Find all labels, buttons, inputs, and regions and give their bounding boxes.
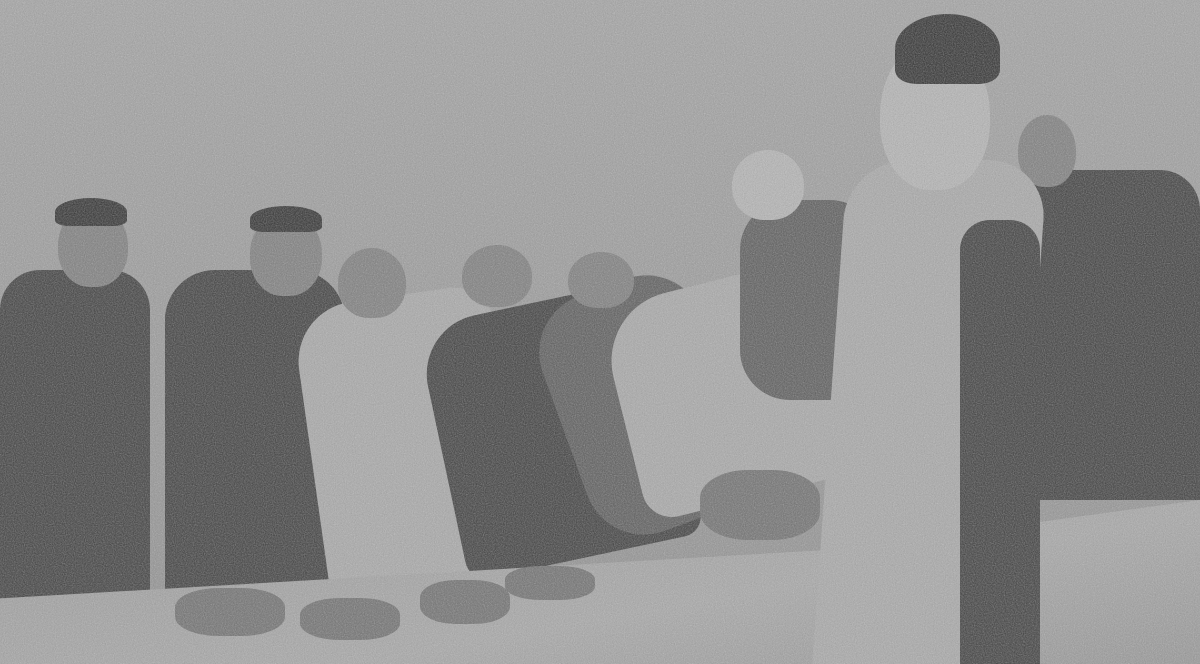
shoe xyxy=(700,470,820,540)
seated-man-5-head xyxy=(568,252,634,308)
seated-man-3-head xyxy=(338,248,406,318)
photograph xyxy=(0,0,1200,664)
seated-man-7-head xyxy=(732,150,804,220)
seated-man-1-hair xyxy=(55,198,127,226)
seated-man-2-hair xyxy=(250,206,322,232)
shoe xyxy=(300,598,400,640)
standing-man-hair xyxy=(895,14,1000,84)
shoe xyxy=(420,580,510,624)
shoe xyxy=(505,566,595,600)
standing-man-shadow-side xyxy=(960,220,1040,664)
seated-man-4-head xyxy=(462,245,532,307)
shoe xyxy=(175,588,285,636)
